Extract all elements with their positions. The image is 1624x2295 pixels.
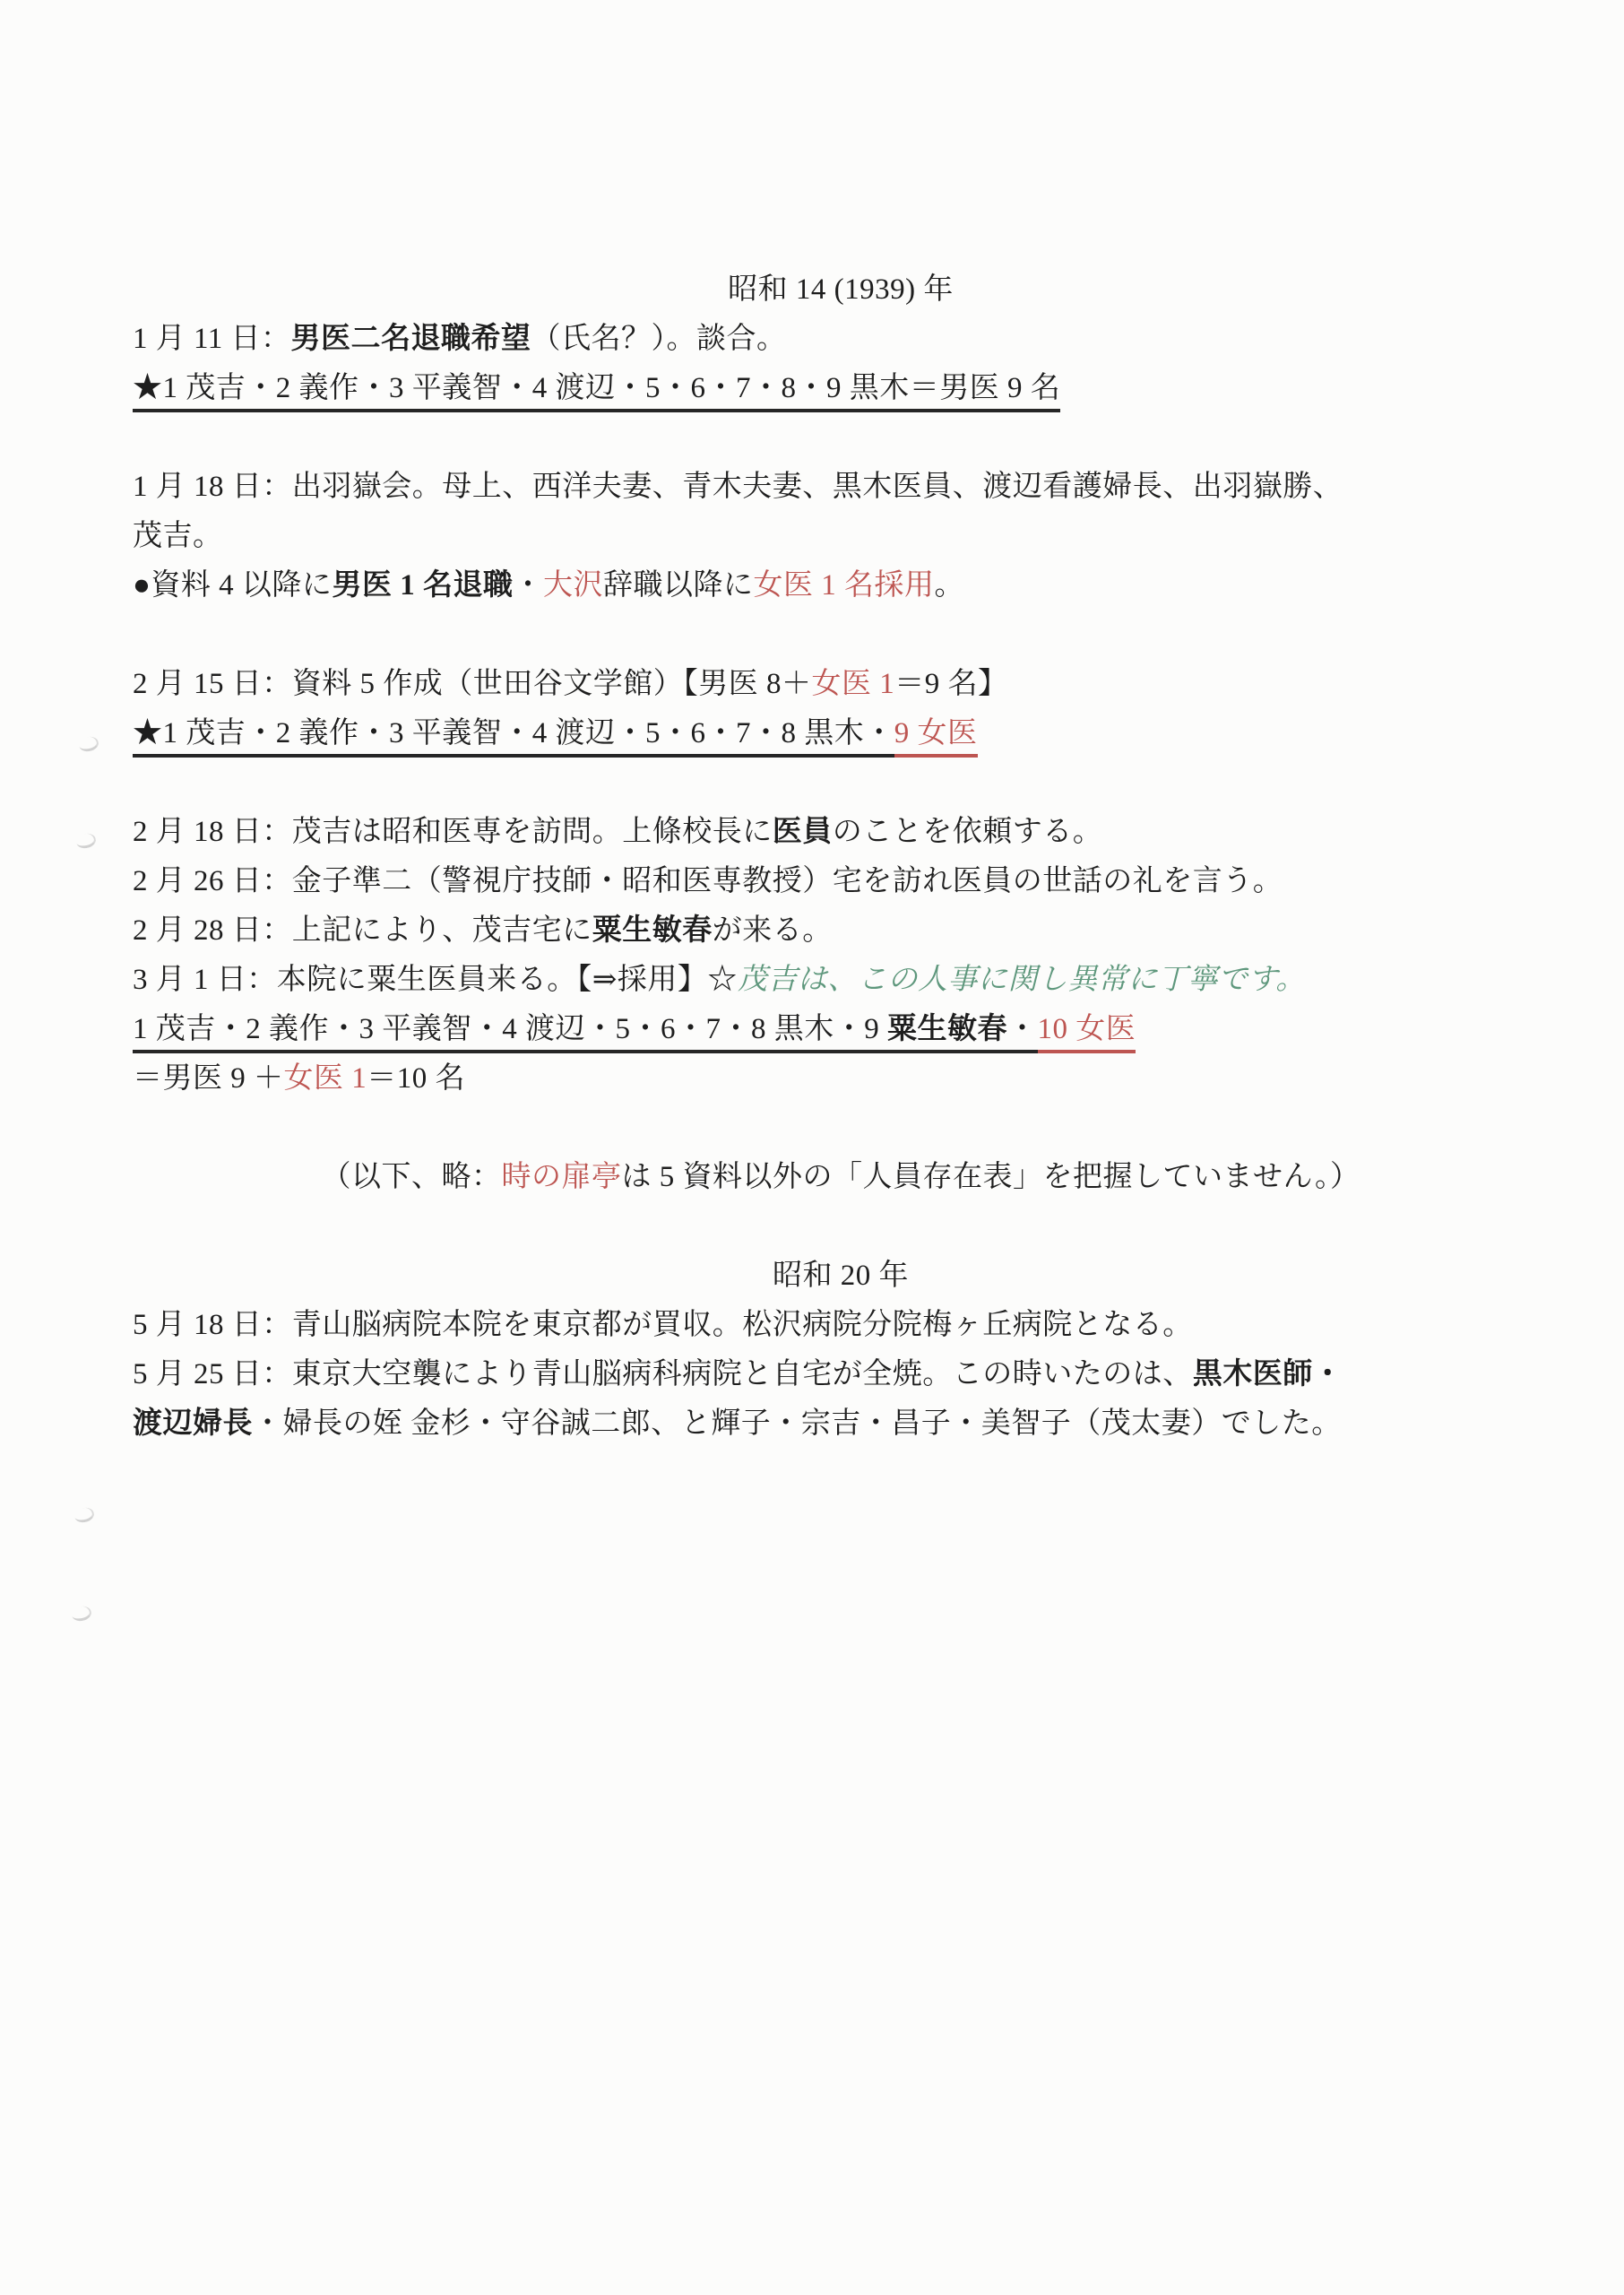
entry-1-11: 1 月 11 日：男医二名退職希望（氏名？）。談合。 [133,315,1549,364]
text-segment: 9 女医 [894,717,978,758]
text-segment: ★1 茂吉・2 義作・3 平義智・4 渡辺・5・6・7・8 黒木・ [133,717,894,758]
entry-2-15: 2 月 15 日：資料 5 作成（世田谷文学館）【男医 8＋女医 1＝9 名】 [133,660,1549,709]
text-segment: 2 月 15 日：資料 5 作成（世田谷文学館）【男医 8＋ [133,668,812,700]
scan-artifact-1 [78,735,100,753]
text-segment: 5 月 18 日：青山脳病院本院を東京都が買収。松沢病院分院梅ヶ丘病院となる。 [133,1309,1193,1341]
text-segment: ・ [1007,1013,1038,1053]
text-segment: 黒木医師・ [1193,1358,1343,1390]
roster-line-3: 1 茂吉・2 義作・3 平義智・4 渡辺・5・6・7・8 黒木・9 粟生敏春・1… [133,1005,1549,1054]
text-segment: 10 女医 [1038,1013,1136,1053]
document-body: 昭和 14 (1939) 年1 月 11 日：男医二名退職希望（氏名？）。談合。… [133,265,1549,1449]
section-title-showa20: 昭和 20 年 [133,1251,1549,1301]
text-segment: 大沢 [543,569,603,602]
text-segment: 昭和 20 年 [773,1260,909,1292]
scanned-document-page: 昭和 14 (1939) 年1 月 11 日：男医二名退職希望（氏名？）。談合。… [0,0,1624,2295]
text-segment: 3 月 1 日：本院に粟生医員来る。【⇒採用】☆ [133,964,738,996]
text-segment: が来る。 [713,914,833,947]
text-segment: ＝9 名】 [894,668,1007,700]
entry-1-18: 1 月 18 日：出羽嶽会。母上、西洋夫妻、青木夫妻、黒木医員、渡辺看護婦長、出… [133,463,1549,512]
text-segment: ＝10 名 [367,1062,465,1095]
text-segment: 5 月 25 日：東京大空襲により青山脳病科病院と自宅が全焼。この時いたのは、 [133,1358,1193,1390]
text-segment: 女医 1 [812,668,895,700]
roster-line-1: ★1 茂吉・2 義作・3 平義智・4 渡辺・5・6・7・8・9 黒木＝男医 9 … [133,364,1549,413]
scan-artifact-3 [73,1506,96,1524]
scan-artifact-4 [71,1605,93,1623]
text-segment: 2 月 28 日：上記により、茂吉宅に [133,914,592,947]
text-segment: は 5 資料以外の「人員存在表」を把握していません。） [622,1161,1361,1193]
text-segment: ＝男医 9 ＋ [133,1062,284,1095]
entry-1-18-cont: 茂吉。 [133,512,1549,561]
note-paren: （以下、略：時の扉亭は 5 資料以外の「人員存在表」を把握していません。） [133,1153,1549,1202]
entry-5-25-cont: 渡辺婦長・婦長の姪 金杉・守谷誠二郎、と輝子・宗吉・昌子・美智子（茂太妻）でした… [133,1399,1549,1449]
entry-5-25: 5 月 25 日：東京大空襲により青山脳病科病院と自宅が全焼。この時いたのは、黒… [133,1350,1549,1399]
text-segment: 1 月 18 日：出羽嶽会。母上、西洋夫妻、青木夫妻、黒木医員、渡辺看護婦長、出… [133,471,1343,503]
text-segment: （氏名？）。談合。 [531,323,787,355]
scan-artifact-2 [75,832,98,850]
text-segment: 渡辺婦長 [133,1407,253,1440]
section-title-showa14: 昭和 14 (1939) 年 [133,265,1549,315]
text-segment: 女医 1 [284,1062,367,1095]
text-segment: 2 月 26 日：金子準二（警視庁技師・昭和医専教授）宅を訪れ医員の世話の礼を言… [133,865,1283,897]
text-segment: 1 茂吉・2 義作・3 平義智・4 渡辺・5・6・7・8 黒木・9 [133,1013,887,1053]
text-segment: 医員 [773,816,833,848]
entry-3-1: 3 月 1 日：本院に粟生医員来る。【⇒採用】☆茂吉は、この人事に関し異常に丁寧… [133,956,1549,1005]
text-segment: 時の扉亭 [502,1161,622,1193]
text-segment: 男医二名退職希望 [291,323,531,355]
text-segment: 粟生敏春 [592,914,713,947]
text-segment: ★1 茂吉・2 義作・3 平義智・4 渡辺・5・6・7・8・9 黒木＝男医 9 … [133,372,1060,412]
text-segment: 1 月 11 日： [133,323,291,355]
text-segment: のことを依頼する。 [833,816,1103,848]
text-segment: 昭和 14 (1939) 年 [728,273,954,306]
text-segment: 。 [934,569,964,602]
roster-line-2: ★1 茂吉・2 義作・3 平義智・4 渡辺・5・6・7・8 黒木・9 女医 [133,709,1549,758]
text-segment: （以下、略： [322,1161,502,1193]
entry-2-26: 2 月 26 日：金子準二（警視庁技師・昭和医専教授）宅を訪れ医員の世話の礼を言… [133,857,1549,906]
text-segment: 女医 1 名採用 [753,569,934,602]
text-segment: 茂吉。 [133,520,223,552]
text-segment: ・婦長の姪 金杉・守谷誠二郎、と輝子・宗吉・昌子・美智子（茂太妻）でした。 [253,1407,1342,1440]
text-segment: 男医 1 名退職 [332,569,513,602]
roster-total: ＝男医 9 ＋女医 1＝10 名 [133,1054,1549,1104]
text-segment: 2 月 18 日：茂吉は昭和医専を訪問。上條校長に [133,816,773,848]
note-bullet: ●資料 4 以降に男医 1 名退職・大沢辞職以降に女医 1 名採用。 [133,561,1549,611]
entry-2-28: 2 月 28 日：上記により、茂吉宅に粟生敏春が来る。 [133,906,1549,956]
entry-5-18: 5 月 18 日：青山脳病院本院を東京都が買収。松沢病院分院梅ヶ丘病院となる。 [133,1301,1549,1350]
entry-2-18: 2 月 18 日：茂吉は昭和医専を訪問。上條校長に医員のことを依頼する。 [133,808,1549,857]
text-segment: 粟生敏春 [887,1013,1007,1053]
text-segment: ●資料 4 以降に [133,569,332,602]
text-segment: ・ [513,569,543,602]
text-segment: 茂吉は、この人事に関し異常に丁寧です。 [738,964,1306,996]
text-segment: 辞職以降に [603,569,754,602]
